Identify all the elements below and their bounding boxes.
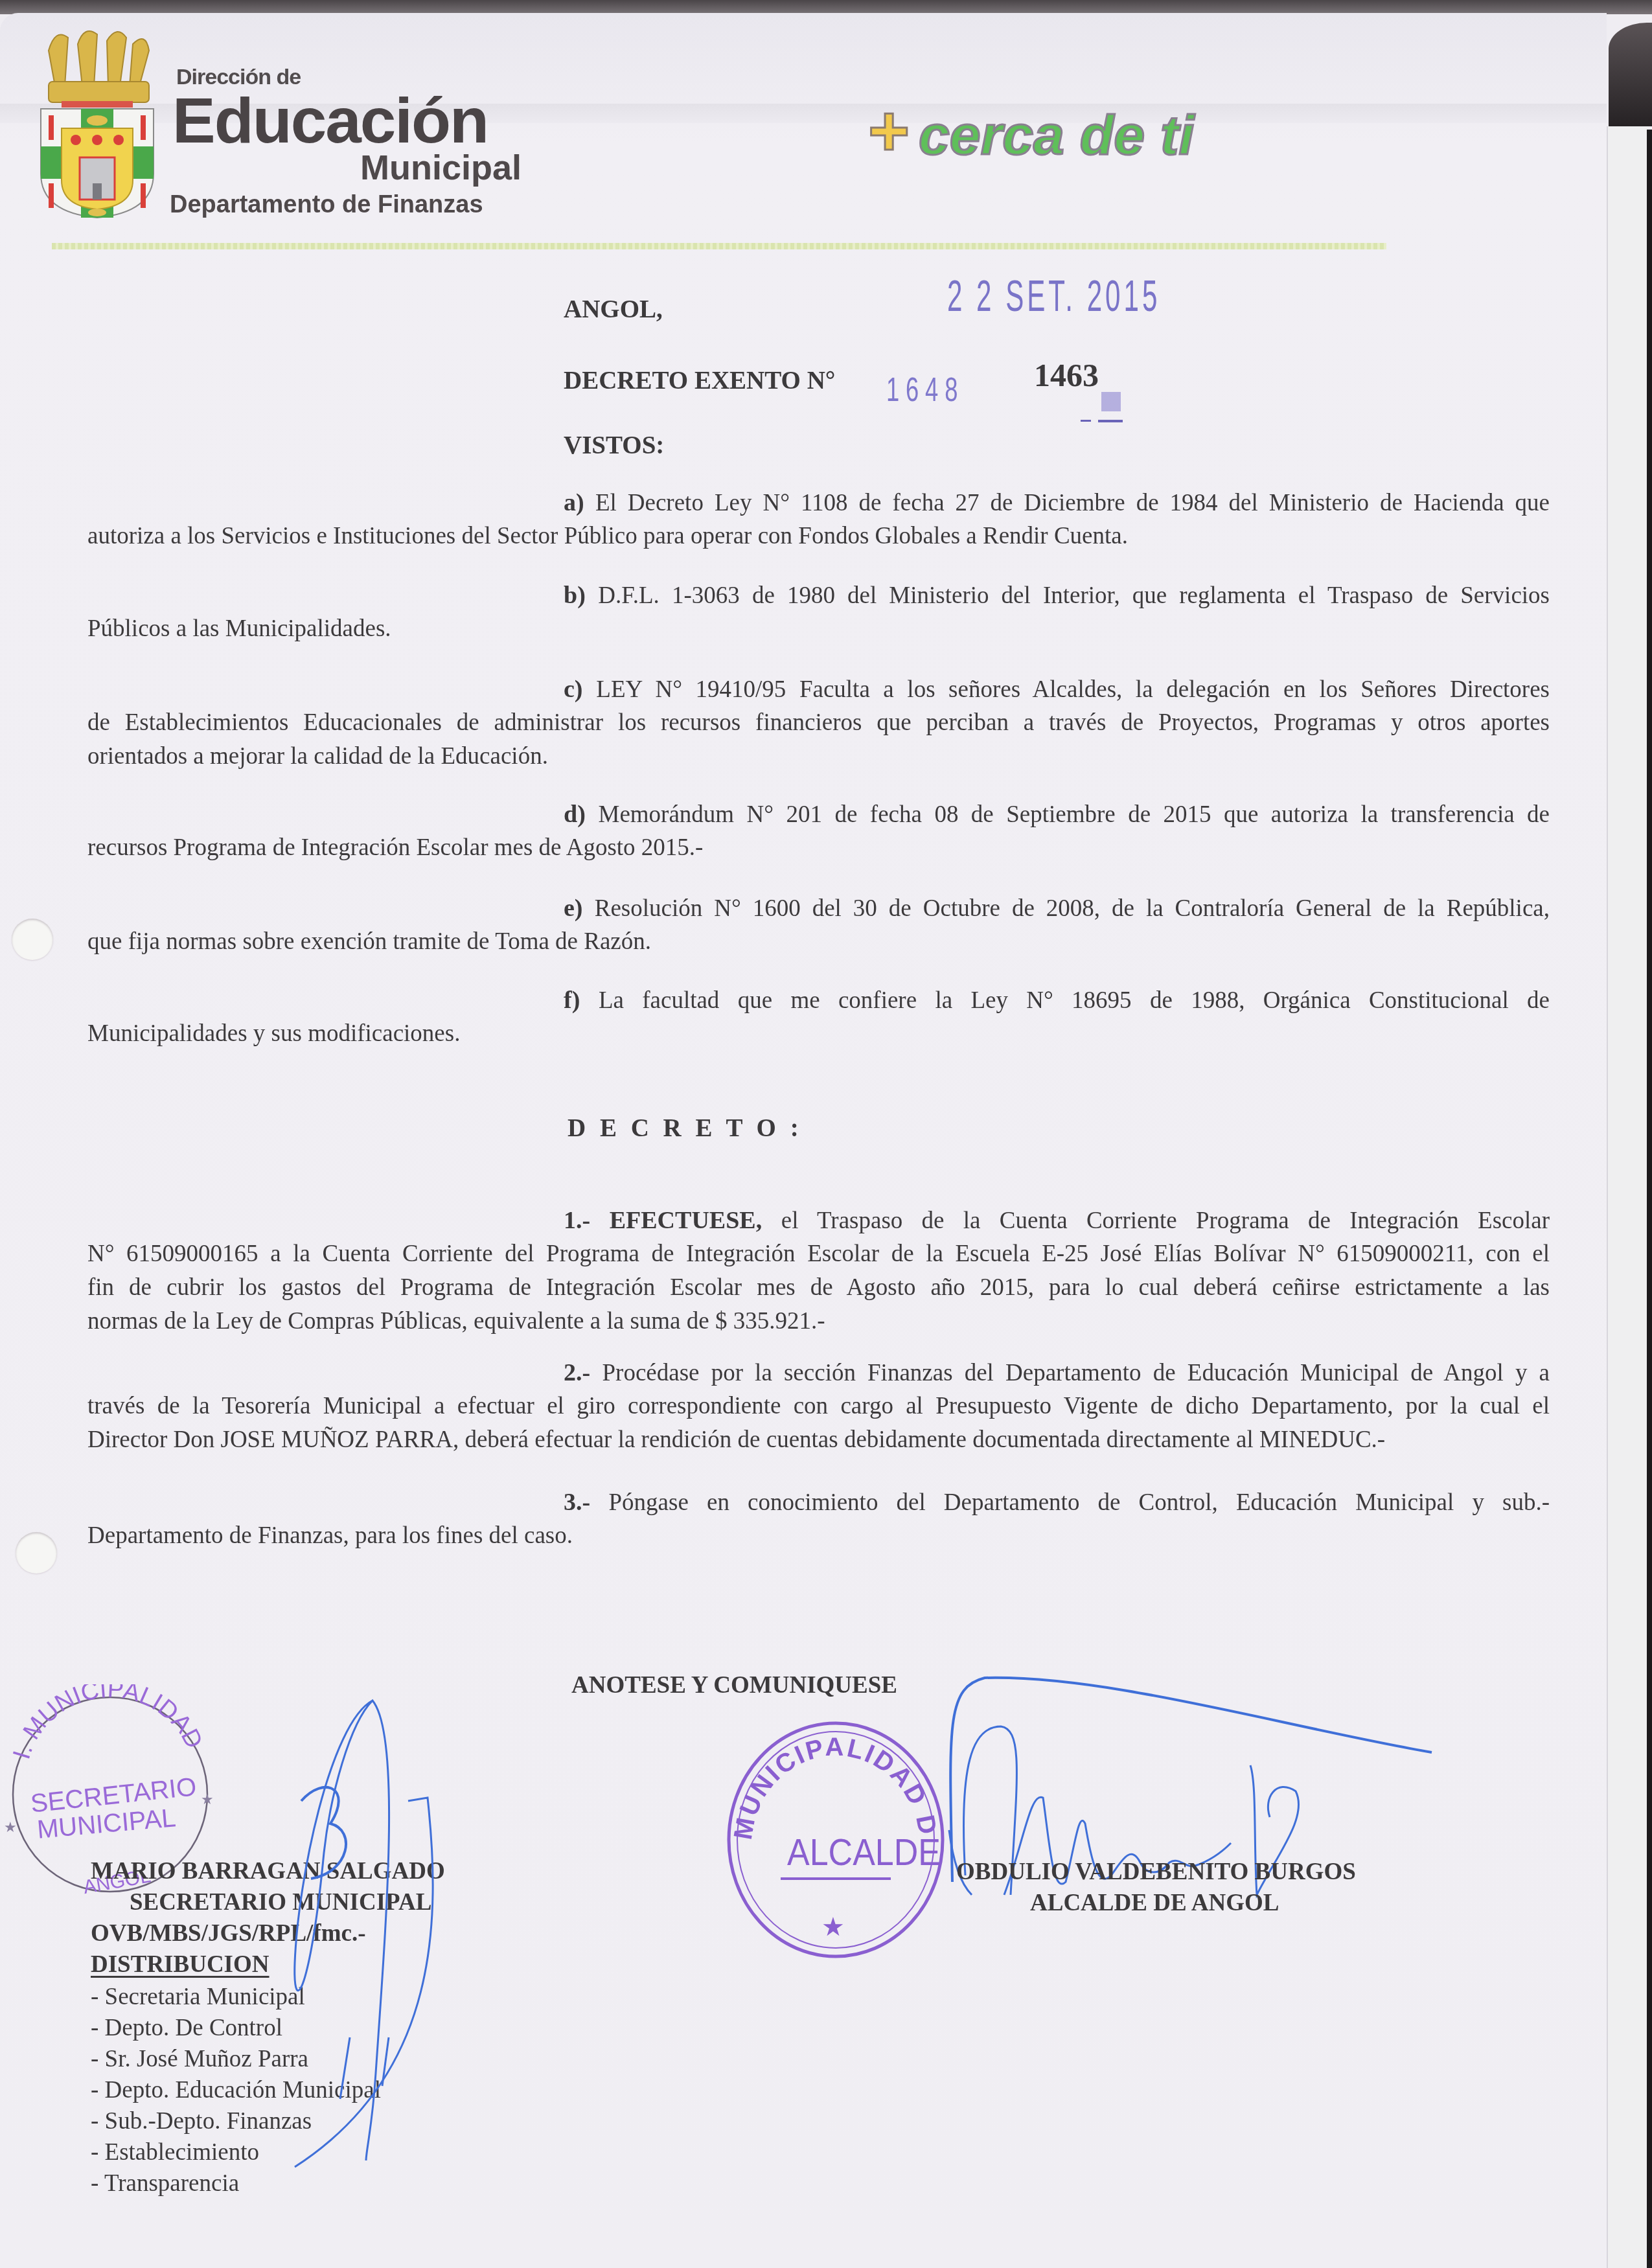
stamp-mark <box>1101 392 1121 411</box>
municipal-crest-icon <box>29 25 165 219</box>
decreto-article-first-line: 2.- Procédase por la sección Finanzas de… <box>564 1360 1550 1385</box>
vistos-item-first-line: c) LEY N° 19410/95 Faculta a los señores… <box>564 677 1550 702</box>
decreto-article-line: N° 61509000165 a la Cuenta Corriente del… <box>87 1242 1550 1266</box>
decreto-article-line: través de la Tesorería Municipal a efect… <box>87 1394 1550 1418</box>
svg-text:★: ★ <box>4 1819 17 1835</box>
decreto-article-line: normas de la Ley de Compras Públicas, eq… <box>87 1309 825 1333</box>
scan-clip-shadow <box>1609 23 1652 126</box>
mayor-seal-icon: MUNICIPALIDAD DE ANGOL ALCALDE ★ <box>719 1717 952 1963</box>
svg-text:★: ★ <box>821 1913 845 1942</box>
decree-stamp-number: 1648 <box>886 371 964 409</box>
slogan-text: cerca de ti <box>919 104 1196 166</box>
decreto-article-line: fin de cubrir los gastos del Programa de… <box>87 1276 1550 1300</box>
vistos-item-line: Municipalidades y sus modificaciones. <box>87 1022 460 1046</box>
decreto-article-first-line: 1.- EFECTUESE, el Traspaso de la Cuenta … <box>564 1208 1550 1233</box>
anotese-text: ANOTESE Y COMUNIQUESE <box>571 1673 897 1697</box>
date-stamp: 2 2 SET. 2015 <box>947 271 1160 321</box>
mayor-name: OBDULIO VALDEBENITO BURGOS <box>956 1860 1356 1884</box>
header-title: Educación <box>172 84 488 157</box>
decreto-article-line: Director Don JOSE MUÑOZ PARRA, deberá ef… <box>87 1428 1385 1452</box>
header-subtitle: Municipal <box>360 148 522 188</box>
vistos-item-first-line: a) El Decreto Ley N° 1108 de fecha 27 de… <box>564 490 1550 515</box>
vistos-item-line: Públicos a las Municipalidades. <box>87 617 391 641</box>
header-department: Departamento de Finanzas <box>170 191 483 219</box>
vistos-item-first-line: d) Memorándum N° 201 de fecha 08 de Sept… <box>564 802 1550 827</box>
decreto-article-line: Departamento de Finanzas, para los fines… <box>87 1524 573 1548</box>
slogan-plus-icon: + <box>868 97 910 168</box>
vistos-item-first-line: f) La facultad que me confiere la Ley N°… <box>564 988 1550 1013</box>
vistos-item-line: de Establecimientos Educacionales de adm… <box>87 711 1550 735</box>
city-label: ANGOL, <box>564 297 663 322</box>
stamp-underline <box>1098 420 1123 422</box>
distribution-item: - Transparencia <box>91 2171 239 2195</box>
stamp-underline <box>1081 420 1091 422</box>
vistos-heading: VISTOS: <box>564 433 664 458</box>
svg-text:I. MUNICIPALIDAD: I. MUNICIPALIDAD <box>8 1684 207 1762</box>
vistos-item-first-line: e) Resolución N° 1600 del 30 de Octubre … <box>564 896 1550 921</box>
decreto-heading: D E C R E T O : <box>568 1116 803 1141</box>
slogan-logo: + cerca de ti <box>868 97 1270 168</box>
scan-right-edge <box>1647 130 1652 2268</box>
vistos-item-line: recursos Programa de Integración Escolar… <box>87 836 703 860</box>
vistos-item-first-line: b) D.F.L. 1-3063 de 1980 del Ministerio … <box>564 583 1550 608</box>
scan-top-shadow <box>0 0 1652 14</box>
decree-number: 1463 <box>1034 356 1099 394</box>
header-divider <box>52 243 1386 249</box>
decreto-article-first-line: 3.- Póngase en conocimiento del Departam… <box>564 1490 1550 1515</box>
decree-label: DECRETO EXENTO N° <box>564 368 835 393</box>
punch-hole <box>16 1532 57 1574</box>
svg-text:★: ★ <box>201 1791 214 1807</box>
vistos-item-line: autoriza a los Servicios e Instituciones… <box>87 524 1128 548</box>
svg-text:ALCALDE: ALCALDE <box>787 1832 941 1873</box>
secretary-signature <box>233 1684 466 2177</box>
vistos-item-line: orientados a mejorar la calidad de la Ed… <box>87 744 548 768</box>
mayor-title: ALCALDE DE ANGOL <box>1030 1891 1279 1915</box>
punch-hole <box>12 919 53 960</box>
svg-text:MUNICIPALIDAD DE ANGOL: MUNICIPALIDAD DE ANGOL <box>719 1717 943 1842</box>
page-edge-strip <box>1607 126 1648 2268</box>
vistos-item-line: que fija normas sobre exención tramite d… <box>87 930 651 954</box>
